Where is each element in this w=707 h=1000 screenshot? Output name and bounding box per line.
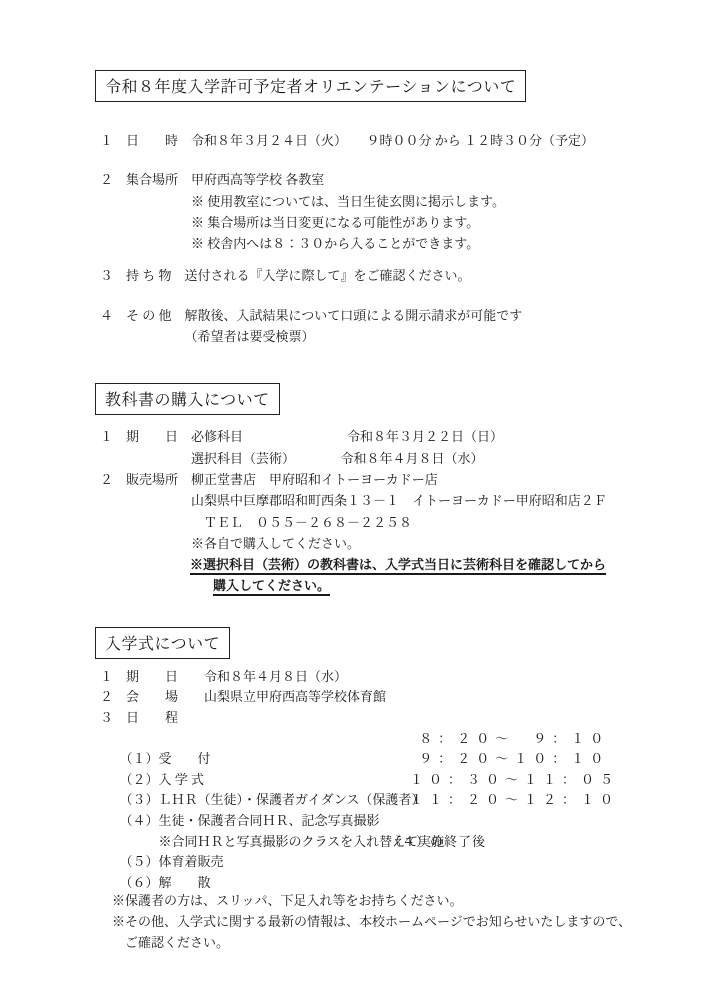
- footer-notes: ※保護者の方は、スリッパ、下足入れ等をお持ちください。 ※その他、入学式に関する…: [112, 890, 707, 954]
- footer-note-3: ご確認ください。: [112, 932, 707, 953]
- textbook-shop-address: 山梨県中巨摩郡昭和町西条１３－１ イトーヨーカドー甲府昭和店２Ｆ: [100, 490, 707, 511]
- textbook-note-bold-line-2: 購入してください。: [100, 575, 707, 596]
- textbook-note-bold-text-2: 購入してください。: [213, 578, 330, 593]
- schedule-after-note: （４）の終了後: [388, 832, 486, 853]
- orientation-other-note: （希望者は要受検票）: [100, 326, 707, 347]
- section-title-orientation: 令和８年度入学許可予定者オリエンテーションについて: [95, 70, 526, 102]
- schedule-row-dismissal: （６）解 散: [100, 852, 707, 873]
- orientation-datetime-line: １ 日 時 令和８年３月２４日（火） ９時００分 から １２時３０分（予定）: [100, 130, 707, 151]
- orientation-place-note-1: ※ 使用教室については、当日生徒玄関に掲示します。: [100, 191, 707, 212]
- schedule-time: ９：２０～１０：１０: [410, 749, 609, 770]
- textbook-note-bold-text-1: ※選択科目（芸術）の教科書は、入学式当日に芸術科目を確認してから: [190, 557, 606, 572]
- textbook-note-bold-line-1: ※選択科目（芸術）の教科書は、入学式当日に芸術科目を確認してから: [100, 554, 707, 575]
- ceremony-venue-line: ２ 会 場 山梨県立甲府西高等学校体育館: [100, 687, 707, 708]
- orientation-items-line: ３ 持 ち 物 送付される『入学に際して』をご確認ください。: [100, 265, 707, 286]
- section-title-textbook: 教科書の購入について: [95, 383, 280, 415]
- schedule-row-sportswear-sale: （５）体育着販売 （４）の終了後: [100, 832, 707, 853]
- ceremony-date-line: １ 期 日 令和８年４月８日（水）: [100, 667, 707, 688]
- orientation-place-note-2: ※ 集合場所は当日変更になる可能性があります。: [100, 212, 707, 233]
- textbook-note-1: ※各自で購入してください。: [100, 533, 707, 554]
- orientation-other-line: ４ そ の 他 解散後、入試結果について口頭による開示請求が可能です: [100, 305, 707, 326]
- footer-note-2: ※その他、入学式に関する最新の情報は、本校ホームページでお知らせいたしますので、: [112, 911, 707, 932]
- section-title-ceremony: 入学式について: [95, 627, 230, 659]
- schedule-row-reception: （１）受 付 ８：２０～ ９：１０: [100, 729, 707, 750]
- schedule-row-joint-hr-photo: （４）生徒・保護者合同ＨＲ、記念写真撮影 １１：２０～１２：１０: [100, 790, 707, 811]
- schedule-time: １０：３０～１１：０５: [410, 770, 619, 791]
- orientation-place-note-3: ※ 校舎内へは８：３０から入ることができます。: [100, 233, 707, 254]
- textbook-date-line-1: １ 期 日 必修科目 令和８年３月２２日（日）: [100, 426, 707, 447]
- textbook-section: １ 期 日 必修科目 令和８年３月２２日（日） 選択科目（芸術） 令和８年４月８…: [100, 426, 707, 596]
- schedule-row-ceremony: （２）入 学 式 ９：２０～１０：１０: [100, 749, 707, 770]
- schedule-row-lhr-guidance: （３）ＬＨＲ（生徒）・保護者ガイダンス（保護者） １０：３０～１１：０５: [100, 770, 707, 791]
- orientation-section: １ 日 時 令和８年３月２４日（火） ９時００分 から １２時３０分（予定） ２…: [100, 130, 707, 347]
- schedule-label: （６）解 散: [120, 875, 211, 890]
- schedule-row-hr-swap-note: ※合同ＨＲと写真撮影のクラスを入れ替えて実施: [100, 811, 707, 832]
- schedule-time: ８：２０～ ９：１０: [410, 729, 609, 750]
- ceremony-schedule-heading: ３ 日 程: [100, 708, 707, 729]
- orientation-place-line: ２ 集合場所 甲府西高等学校 各教室: [100, 169, 707, 190]
- textbook-date-line-2: 選択科目（芸術） 令和８年４月８日（水）: [100, 448, 707, 469]
- schedule-time: １１：２０～１２：１０: [410, 790, 619, 811]
- textbook-shop-line: ２ 販売場所 柳正堂書店 甲府昭和イトーヨーカドー店: [100, 469, 707, 490]
- textbook-shop-tel: ＴＥＬ ０５５－２６８－２２５８: [100, 512, 707, 533]
- document-page: 令和８年度入学許可予定者オリエンテーションについて １ 日 時 令和８年３月２４…: [0, 0, 707, 1000]
- ceremony-section: １ 期 日 令和８年４月８日（水） ２ 会 場 山梨県立甲府西高等学校体育館 ３…: [100, 667, 707, 873]
